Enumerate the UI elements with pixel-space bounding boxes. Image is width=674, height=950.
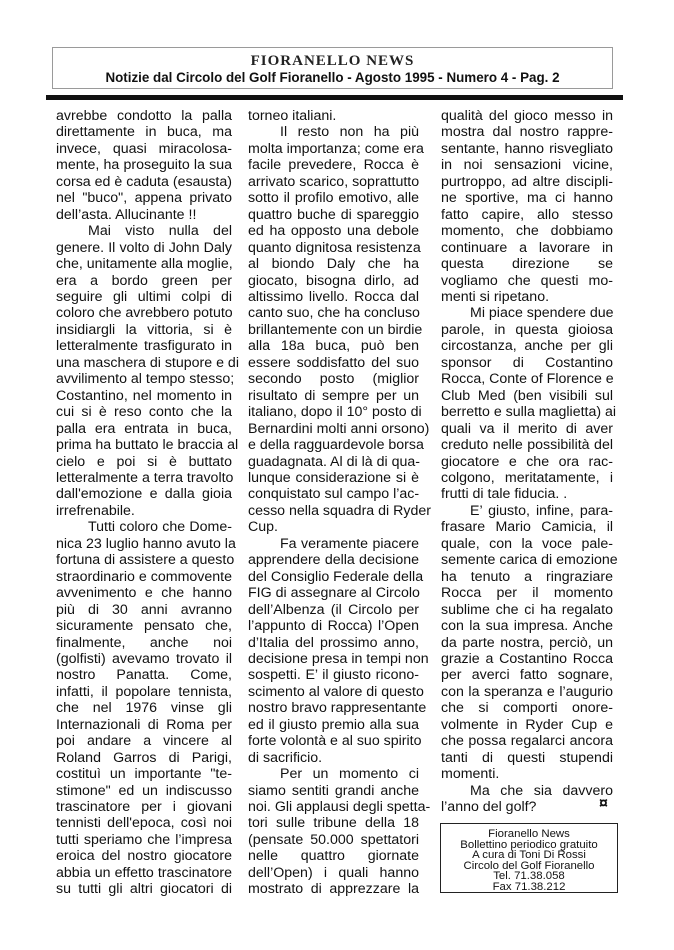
article-text-line: apprendere della decisione: [248, 552, 419, 568]
header-rule-divider: [46, 95, 623, 100]
article-column-3: qualità del gioco messo inmostra dal nos…: [441, 108, 613, 815]
article-text-line: torneo italiani.: [248, 108, 419, 124]
article-text-line: ed ha opposto una debole: [248, 223, 419, 239]
article-text-line: tori sulle tribune della 18: [248, 815, 419, 831]
article-text-line: stimone" ed un indiscusso: [56, 783, 232, 799]
article-text-line: finalmente, anche noi: [56, 635, 232, 651]
article-text-line: dell’asta. Allucinante !!: [56, 207, 232, 223]
article-text-line: Il resto non ha più: [248, 124, 419, 140]
article-text-line: altissimo livello. Rocca dal: [248, 289, 419, 305]
article-text-line: conquistato sul campo l’ac-: [248, 486, 419, 502]
article-text-line: in noi sensazioni vicine,: [441, 157, 613, 173]
end-of-article-icon: ¤: [599, 796, 608, 812]
article-text-line: genere. Il volto di John Daly: [56, 240, 232, 256]
article-text-line: nostro bravo rappresentante: [248, 700, 419, 716]
article-text-line: (golfisti) avevamo trovato il: [56, 651, 232, 667]
article-text-line: era a bordo green per: [56, 273, 232, 289]
article-text-line: quale, con la voce pale-: [441, 536, 613, 552]
article-text-line: tutti speriamo che l’impresa: [56, 832, 232, 848]
article-text-line: questa direzione se: [441, 256, 613, 272]
article-text-line: mostrato di apprezzare la: [248, 881, 419, 897]
article-text-line: frasare Mario Camicia, il: [441, 519, 613, 535]
article-text-line: l’anno del golf?: [441, 799, 613, 815]
article-text-line: lunque considerazione si è: [248, 470, 419, 486]
article-text-line: parole, in questa gioiosa: [441, 322, 613, 338]
article-text-line: E’ giusto, infine, para-: [441, 503, 613, 519]
article-text-line: sospetti. E’ il giusto ricono-: [248, 667, 419, 683]
article-text-line: sicuramente pensato che,: [56, 618, 232, 634]
article-text-line: colgono, meritatamente, i: [441, 470, 613, 486]
newsletter-title: FIORANELLO NEWS: [53, 54, 612, 69]
article-text-line: d’Italia del prossimo anno,: [248, 635, 419, 651]
article-text-line: infatti, il popolare tennista,: [56, 684, 232, 700]
article-text-line: avvenimento e che hanno: [56, 585, 232, 601]
article-text-line: cesso nella squadra di Ryder: [248, 503, 419, 519]
article-text-line: facile prevedere, Rocca è: [248, 157, 419, 173]
article-text-line: ed il giusto premio alla sua: [248, 717, 419, 733]
article-text-line: guadagnata. Al di là di qua-: [248, 454, 419, 470]
article-text-line: essere soddisfatto del suo: [248, 355, 419, 371]
article-text-line: che si comporti onore-: [441, 700, 613, 716]
article-text-line: che possa regalarci ancora: [441, 733, 613, 749]
article-text-line: costituì un importante "te-: [56, 766, 232, 782]
article-text-line: creduto nelle possibilità del: [441, 437, 613, 453]
article-text-line: quali va il merito di aver: [441, 421, 613, 437]
article-text-line: trascinatore per i giovani: [56, 799, 232, 815]
article-text-line: letteralmente trasfigurato in: [56, 338, 232, 354]
article-text-line: Rocca per il momento: [441, 585, 613, 601]
article-text-line: con la sua impresa. Anche: [441, 618, 613, 634]
article-text-line: ne sportive, ma ci hanno: [441, 190, 613, 206]
article-text-line: nel "buco", appena privato: [56, 190, 232, 206]
article-text-line: siamo sentiti grandi anche: [248, 783, 419, 799]
article-text-line: sublime che ci ha regalato: [441, 602, 613, 618]
article-text-line: circostanza, anche per gli: [441, 338, 613, 354]
article-text-line: secondo posto (miglior: [248, 371, 419, 387]
article-text-line: Bernardini molti anni orsono): [248, 421, 419, 437]
article-text-line: da parte nostra, perciò, un: [441, 635, 613, 651]
article-text-line: semente carica di emozione: [441, 552, 613, 568]
article-text-line: quanto dignitosa resistenza: [248, 240, 419, 256]
article-text-line: purtroppo, ad altre discipli-: [441, 174, 613, 190]
article-text-line: l’appunto di Rocca) l’Open: [248, 618, 419, 634]
article-text-line: del Consiglio Federale della: [248, 569, 419, 585]
article-text-line: una maschera di stupore e di: [56, 355, 232, 371]
article-text-line: al biondo Daly che ha: [248, 256, 419, 272]
article-text-line: Cup.: [248, 519, 419, 535]
article-text-line: brillantemente con un birdie: [248, 322, 419, 338]
article-text-line: ha tenuto a ringraziare: [441, 569, 613, 585]
article-text-line: avrebbe condotto la palla: [56, 108, 232, 124]
article-text-line: quattro buche di spareggio: [248, 207, 419, 223]
article-text-line: momento, che dobbiamo: [441, 223, 613, 239]
article-text-line: Costantino, nel momento in: [56, 388, 232, 404]
article-text-line: tennisti dell'epoca, così noi: [56, 815, 232, 831]
article-text-line: frutti di tale fiducia. .: [441, 486, 613, 502]
article-text-line: cui si è reso conto che la: [56, 404, 232, 420]
colophon-line: Fioranello News: [441, 829, 617, 840]
article-column-1: avrebbe condotto la palladirettamente in…: [56, 108, 232, 898]
article-text-line: nelle quattro giornate: [248, 848, 419, 864]
article-text-line: Mi piace spendere due: [441, 305, 613, 321]
article-text-line: Internazionali di Roma per: [56, 717, 232, 733]
article-text-line: abbia un effetto trascinatore: [56, 865, 232, 881]
article-text-line: continuare a lavorare in: [441, 240, 613, 256]
article-text-line: direttamente in buca, ma: [56, 124, 232, 140]
article-text-line: Rocca, Conte of Florence e: [441, 371, 613, 387]
article-text-line: arrivato scarico, soprattutto: [248, 174, 419, 190]
article-text-line: mente, ha proseguito la sua: [56, 157, 232, 173]
article-text-line: dall'emozione e dalla gioia: [56, 486, 232, 502]
article-column-2: torneo italiani.Il resto non ha piùmolta…: [248, 108, 419, 898]
article-text-line: prima ha buttato le braccia al: [56, 437, 232, 453]
article-text-line: dell’Albenza (il Circolo per: [248, 602, 419, 618]
article-text-line: Per un momento ci: [248, 766, 419, 782]
article-text-line: corsa ed è caduta (esausta): [56, 174, 232, 190]
article-text-line: Tutti coloro che Dome-: [56, 519, 232, 535]
article-text-line: (pensate 50.000 spettatori: [248, 832, 419, 848]
article-text-line: cielo e poi si è buttato: [56, 454, 232, 470]
article-text-line: noi. Gli applausi degli spetta-: [248, 799, 419, 815]
article-text-line: su tutti gli altri giocatori di: [56, 881, 232, 897]
article-text-line: seguire gli ultimi colpi di: [56, 289, 232, 305]
article-text-line: berretto e sulla maglietta) ai: [441, 404, 613, 420]
article-text-line: sotto il profilo emotivo, alle: [248, 190, 419, 206]
article-text-line: molta importanza; come era: [248, 141, 419, 157]
article-text-line: scimento al valore di questo: [248, 684, 419, 700]
article-text-line: irrefrenabile.: [56, 503, 232, 519]
article-text-line: nostro Panatta. Come,: [56, 667, 232, 683]
article-text-line: dell’Open) i quali hanno: [248, 865, 419, 881]
article-text-line: sponsor di Costantino: [441, 355, 613, 371]
article-text-line: coloro che avrebbero potuto: [56, 305, 232, 321]
article-text-line: fortuna di assistere a questo: [56, 552, 232, 568]
article-text-line: Mai visto nulla del: [56, 223, 232, 239]
article-text-line: e della ragguardevole borsa: [248, 437, 419, 453]
article-text-line: avvilimento al tempo stesso;: [56, 371, 232, 387]
colophon-box: Fioranello News Bollettino periodico gra…: [440, 823, 618, 893]
article-text-line: momenti.: [441, 766, 613, 782]
article-text-line: poi andare a vincere al: [56, 733, 232, 749]
article-text-line: palla era entrata in buca,: [56, 421, 232, 437]
article-text-line: che, unitamente alla moglie,: [56, 256, 232, 272]
article-text-line: fatto capire, allo stesso: [441, 207, 613, 223]
article-text-line: FIG di assegnare al Circolo: [248, 585, 419, 601]
article-text-line: insidiargli la vittoria, si è: [56, 322, 232, 338]
article-text-line: alla 18a buca, può ben: [248, 338, 419, 354]
article-text-line: con la speranza e l’augurio: [441, 684, 613, 700]
article-text-line: che nel 1976 vinse gli: [56, 700, 232, 716]
article-text-line: italiano, dopo il 10° posto di: [248, 404, 419, 420]
article-text-line: vogliamo che questi mo-: [441, 273, 613, 289]
article-text-line: forte volontà e al suo spirito: [248, 733, 419, 749]
article-text-line: letteralmente a terra travolto: [56, 470, 232, 486]
article-text-line: Club Med (ben visibili sul: [441, 388, 613, 404]
article-text-line: più di 30 anni avranno: [56, 602, 232, 618]
colophon-line: Fax 71.38.212: [441, 882, 617, 893]
article-text-line: Ma che sia davvero: [441, 783, 613, 799]
article-text-line: volmente in Ryder Cup e: [441, 717, 613, 733]
article-text-line: per averci fatto sognare,: [441, 667, 613, 683]
article-text-line: menti si ripetano.: [441, 289, 613, 305]
masthead: FIORANELLO NEWS Notizie dal Circolo del …: [52, 47, 613, 89]
article-text-line: grazie a Costantino Rocca: [441, 651, 613, 667]
article-text-line: qualità del gioco messo in: [441, 108, 613, 124]
article-text-line: risultato di sempre per un: [248, 388, 419, 404]
article-text-line: di sacrificio.: [248, 750, 419, 766]
article-text-line: Fa veramente piacere: [248, 536, 419, 552]
article-text-line: eroica del nostro giocatore: [56, 848, 232, 864]
article-text-line: giocato, bisogna dirlo, ad: [248, 273, 419, 289]
article-text-line: mostra dal nostro rappre-: [441, 124, 613, 140]
article-text-line: Roland Garros di Parigi,: [56, 750, 232, 766]
article-text-line: decisione presa in tempi non: [248, 651, 419, 667]
article-text-line: sentante, hanno risvegliato: [441, 141, 613, 157]
article-text-line: canto suo, che ha concluso: [248, 305, 419, 321]
article-text-line: nica 23 luglio hanno avuto la: [56, 536, 232, 552]
newsletter-subtitle: Notizie dal Circolo del Golf Fioranello …: [53, 70, 612, 86]
article-text-line: giocatore e che ora rac-: [441, 454, 613, 470]
article-text-line: tanti di questi stupendi: [441, 750, 613, 766]
article-text-line: straordinario e commovente: [56, 569, 232, 585]
article-text-line: invece, quasi miracolosa-: [56, 141, 232, 157]
